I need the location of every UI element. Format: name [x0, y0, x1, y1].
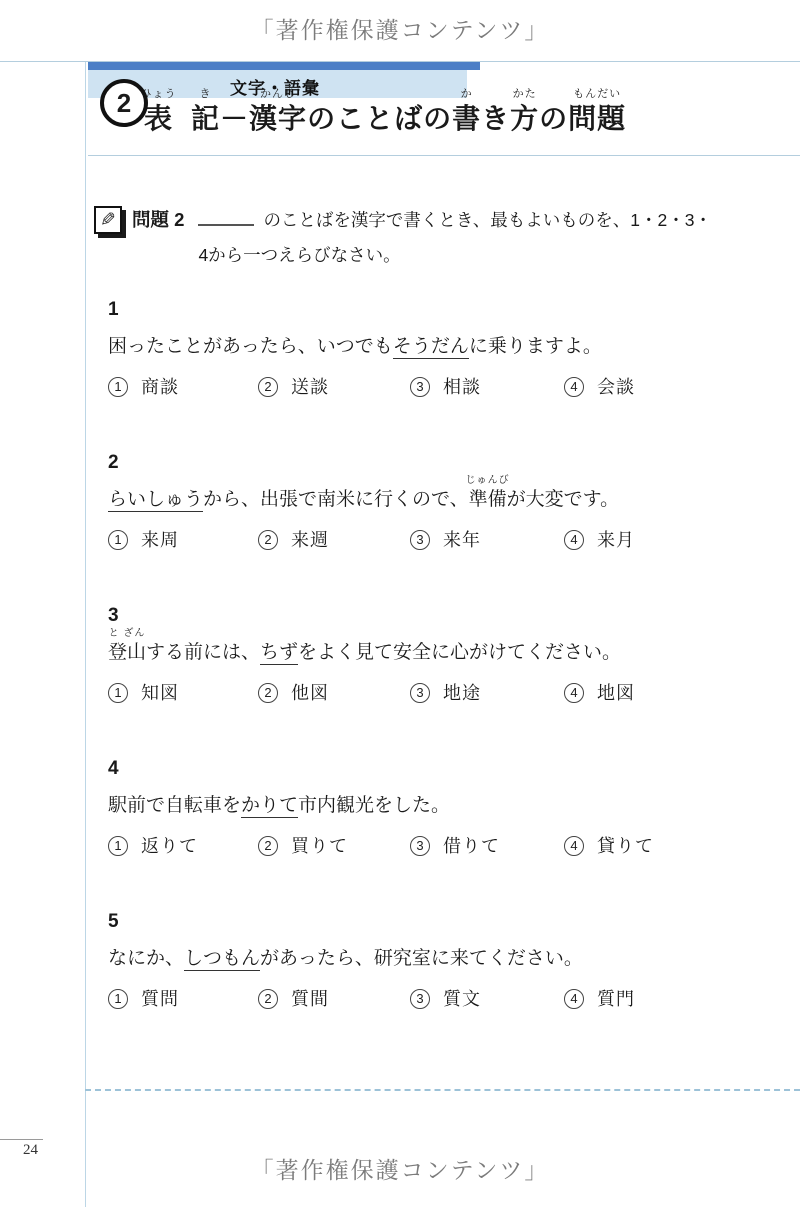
text-segment: があったら、研究室に来てください。 [260, 948, 583, 969]
option-text: 地図 [597, 682, 635, 704]
option-text: 返りて [141, 835, 198, 857]
question-options: 1 返りて 2 買りて 3 借りて 4 貸りて [108, 835, 768, 857]
option-text: 質問 [141, 988, 179, 1010]
answer-option[interactable]: 2 送談 [258, 376, 410, 398]
ruby-word: じゅんび準備 [469, 487, 507, 513]
left-margin-rule [85, 62, 86, 1207]
question-options: 1 来周 2 来週 3 来年 4 来月 [108, 529, 768, 551]
answer-option[interactable]: 1 返りて [108, 835, 258, 857]
question-block: 4 駅前で自転車をかりて市内観光をした。 1 返りて 2 買りて 3 借りて 4… [108, 759, 768, 912]
option-number-icon: 1 [108, 989, 128, 1009]
question-block: 5 なにか、しつもんがあったら、研究室に来てください。 1 質問 2 質間 3 … [108, 912, 768, 1065]
option-number-icon: 2 [258, 530, 278, 550]
option-text: 来月 [597, 529, 635, 551]
question-options: 1 質問 2 質間 3 質文 4 質門 [108, 988, 768, 1010]
option-text: 他図 [291, 682, 329, 704]
text-segment: に乗りますよ。 [469, 336, 602, 357]
text-segment: なにか、 [108, 948, 184, 969]
option-number-icon: 3 [410, 377, 430, 397]
question-block: 2 らいしゅうから、出張で南米に行くので、じゅんび準備が大変です。 1 来周 2… [108, 453, 768, 606]
text-segment: の [539, 103, 568, 134]
option-number-icon: 3 [410, 989, 430, 1009]
answer-option[interactable]: 1 来周 [108, 529, 258, 551]
copyright-watermark-top: 「著作権保護コンテンツ」 [0, 12, 800, 45]
instruction-line2: 4から一つえらびなさい。 [198, 241, 712, 269]
problem-instruction: ✎ 問題 2 のことばを漢字で書くとき、最もよいものを、1・2・3・ 4から一つ… [94, 206, 754, 269]
answer-option[interactable]: 2 買りて [258, 835, 410, 857]
question-sentence: なにか、しつもんがあったら、研究室に来てください。 [108, 946, 768, 972]
answer-option[interactable]: 2 質間 [258, 988, 410, 1010]
answer-option[interactable]: 4 会談 [564, 376, 635, 398]
option-text: 会談 [597, 376, 635, 398]
question-sentence: 駅前で自転車をかりて市内観光をした。 [108, 793, 768, 819]
option-text: 送談 [291, 376, 329, 398]
page-number-rule [0, 1139, 43, 1140]
option-text: 買りて [291, 835, 348, 857]
answer-option[interactable]: 3 地途 [410, 682, 564, 704]
question-block: 3 と ざん登山する前には、ちずをよく見て安全に心がけてください。 1 知図 2… [108, 606, 768, 759]
option-number-icon: 2 [258, 836, 278, 856]
option-number-icon: 1 [108, 683, 128, 703]
question-sentence: 困ったことがあったら、いつでもそうだんに乗りますよ。 [108, 334, 768, 360]
answer-option[interactable]: 4 地図 [564, 682, 635, 704]
text-segment: き [481, 103, 510, 134]
option-text: 貸りて [597, 835, 654, 857]
text-segment: から、出張で南米に行くので、 [203, 489, 469, 510]
answer-option[interactable]: 2 来週 [258, 529, 410, 551]
answer-option[interactable]: 1 知図 [108, 682, 258, 704]
text-segment: のことばの [307, 103, 452, 134]
option-number-icon: 3 [410, 836, 430, 856]
section-header: 文字・語彙 2 ひょう表き記－かんじ漢字のことばのか書きかた方のもんだい問題 [88, 62, 800, 156]
option-number-icon: 4 [564, 683, 584, 703]
text-segment: － [220, 103, 249, 134]
option-text: 質門 [597, 988, 635, 1010]
option-text: 質文 [443, 988, 481, 1010]
option-number-icon: 1 [108, 530, 128, 550]
answer-option[interactable]: 4 来月 [564, 529, 635, 551]
option-number-icon: 2 [258, 989, 278, 1009]
ruby-word: き記 [191, 102, 220, 136]
option-number-icon: 4 [564, 377, 584, 397]
text-segment: 市内観光をした。 [298, 795, 450, 816]
ruby-word: と ざん登山 [108, 640, 146, 666]
option-number-icon: 4 [564, 836, 584, 856]
option-text: 来周 [141, 529, 179, 551]
fill-in-blank [198, 210, 254, 226]
pencil-icon: ✎ [94, 206, 122, 234]
instruction-line1: のことばを漢字で書くとき、最もよいものを、1・2・3・ [198, 206, 712, 234]
header-accent-bar [88, 62, 480, 70]
text-segment: のことばを漢字で書くとき、最もよいものを、1・2・3・ [263, 210, 712, 230]
footer-dashed-rule [85, 1089, 800, 1091]
answer-option[interactable]: 4 貸りて [564, 835, 654, 857]
ruby-word: か書 [452, 102, 481, 136]
answer-option[interactable]: 2 他図 [258, 682, 410, 704]
answer-option[interactable]: 1 質問 [108, 988, 258, 1010]
text-segment: が大変です。 [507, 489, 619, 510]
unit-number: 2 [117, 88, 131, 119]
option-text: 質間 [291, 988, 329, 1010]
question-options: 1 商談 2 送談 3 相談 4 会談 [108, 376, 768, 398]
ruby-word: かた方 [510, 102, 539, 136]
ruby-word: もんだい問題 [568, 102, 626, 136]
page-title: ひょう表き記－かんじ漢字のことばのか書きかた方のもんだい問題 [144, 90, 626, 136]
option-text: 商談 [141, 376, 179, 398]
text-segment: ちず [260, 642, 298, 665]
ruby-word: かんじ漢字 [249, 102, 307, 136]
answer-option[interactable]: 3 質文 [410, 988, 564, 1010]
answer-option[interactable]: 3 来年 [410, 529, 564, 551]
problem-label: 問題 2 [132, 206, 184, 234]
option-number-icon: 1 [108, 377, 128, 397]
answer-option[interactable]: 3 借りて [410, 835, 564, 857]
option-text: 借りて [443, 835, 500, 857]
option-text: 知図 [141, 682, 179, 704]
pencil-glyph: ✎ [100, 211, 116, 230]
text-segment: をよく見て安全に心がけてください。 [298, 642, 621, 663]
question-block: 1 困ったことがあったら、いつでもそうだんに乗りますよ。 1 商談 2 送談 3… [108, 300, 768, 453]
unit-number-badge: 2 [100, 79, 148, 127]
option-text: 来週 [291, 529, 329, 551]
text-segment: 困ったことがあったら、いつでも [108, 336, 393, 357]
answer-option[interactable]: 4 質門 [564, 988, 635, 1010]
question-list: 1 困ったことがあったら、いつでもそうだんに乗りますよ。 1 商談 2 送談 3… [108, 300, 768, 1065]
answer-option[interactable]: 3 相談 [410, 376, 564, 398]
question-sentence: らいしゅうから、出張で南米に行くので、じゅんび準備が大変です。 [108, 487, 768, 513]
option-number-icon: 4 [564, 989, 584, 1009]
question-number: 5 [108, 912, 768, 932]
option-number-icon: 3 [410, 683, 430, 703]
question-number: 3 [108, 606, 768, 626]
option-text: 地途 [443, 682, 481, 704]
question-number: 1 [108, 300, 768, 320]
ruby-word: ひょう表 [144, 102, 173, 136]
option-text: 来年 [443, 529, 481, 551]
question-number: 4 [108, 759, 768, 779]
text-segment: 駅前で自転車を [108, 795, 241, 816]
question-sentence: と ざん登山する前には、ちずをよく見て安全に心がけてください。 [108, 640, 768, 666]
option-number-icon: 1 [108, 836, 128, 856]
text-segment: しつもん [184, 948, 260, 971]
text-segment: らいしゅう [108, 489, 203, 512]
question-number: 2 [108, 453, 768, 473]
text-segment: そうだん [393, 336, 469, 359]
question-options: 1 知図 2 他図 3 地途 4 地図 [108, 682, 768, 704]
text-segment: する前には、 [146, 642, 260, 663]
problem-text: のことばを漢字で書くとき、最もよいものを、1・2・3・ 4から一つえらびなさい。 [198, 206, 712, 269]
answer-option[interactable]: 1 商談 [108, 376, 258, 398]
copyright-watermark-bottom: 「著作権保護コンテンツ」 [0, 1152, 800, 1185]
option-text: 相談 [443, 376, 481, 398]
option-number-icon: 3 [410, 530, 430, 550]
text-segment: かりて [241, 795, 298, 818]
option-number-icon: 2 [258, 377, 278, 397]
option-number-icon: 4 [564, 530, 584, 550]
scanned-page: 「著作権保護コンテンツ」 文字・語彙 2 ひょう表き記－かんじ漢字のことばのか書… [0, 0, 800, 1207]
option-number-icon: 2 [258, 683, 278, 703]
